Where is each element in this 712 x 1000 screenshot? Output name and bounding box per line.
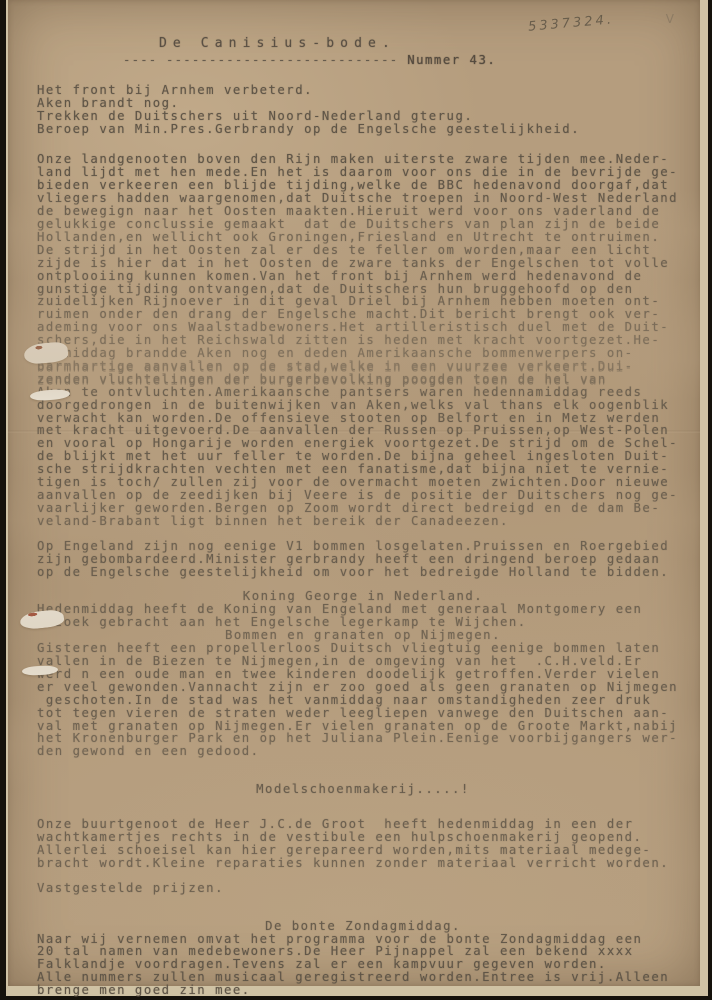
- article-heading: De bonte Zondagmiddag.: [37, 920, 689, 933]
- text-line: Het front bij Arnhem verbeterd.: [37, 84, 689, 97]
- article: De bonte Zondagmiddag.Naar wij vernemen …: [37, 920, 689, 997]
- text-line: zenden vluchtelingen der burgerbevolking…: [37, 373, 689, 386]
- text-line: wachtkamertjes rechts in de vestibule ee…: [37, 831, 689, 844]
- masthead: De Canisius-bode. ---- -----------------…: [37, 38, 689, 67]
- text-line: den gewond en een gedood.: [37, 745, 689, 758]
- text-line: gelukkige conclussie gemaakt dat de Duit…: [37, 218, 689, 231]
- text-line: barmhartige aanvallen op de stad,welke i…: [37, 360, 689, 373]
- article-heading: Modelschoenmakerij.....!: [37, 783, 689, 796]
- text-line: werd n een oude man en twee kinderen doo…: [37, 668, 689, 681]
- dashed-rule: ---- ---------------------------: [123, 53, 398, 67]
- text-column: De Canisius-bode. ---- -----------------…: [37, 0, 689, 997]
- issue-number: Nummer 43.: [398, 53, 496, 67]
- text-line: veland-Brabant ligt binnen het bereik de…: [37, 515, 689, 528]
- text-line: aanvallen op de zeedijken bij Veere is d…: [37, 489, 689, 502]
- article: Koning George in Nederland.Hedenmiddag h…: [37, 590, 689, 629]
- text-line: ontplooiing kunnen komen.Van het front b…: [37, 270, 689, 283]
- text-line: geschoten.In de stad was het vanmiddag n…: [37, 694, 689, 707]
- text-line: zijde is hier dat in het Oosten de zware…: [37, 257, 689, 270]
- text-line: Op Engeland zijn nog eenige V1 bommen lo…: [37, 540, 689, 553]
- masthead-rule-row: ---- --------------------------- Nummer …: [123, 54, 689, 67]
- text-line: Vastgestelde prijzen.: [37, 882, 689, 895]
- text-line: Aken brandt nog.: [37, 97, 689, 110]
- text-line: Trekken de Duitschers uit Noord-Nederlan…: [37, 110, 689, 123]
- text-line: tot tegen vieren de straten weder leegli…: [37, 707, 689, 720]
- text-line: bracht wordt.Kleine reparaties kunnen zo…: [37, 857, 689, 870]
- text-line: doorgedrongen in de buitenwijken van Ake…: [37, 399, 689, 412]
- headline-list: Het front bij Arnhem verbeterd.Aken bran…: [37, 84, 689, 136]
- article: Onze landgenooten boven den Rijn maken u…: [37, 153, 689, 527]
- text-line: denmiddag brandde Aken nog en deden Amer…: [37, 347, 689, 360]
- text-line: op de Engelsche geestelijkheid om voor h…: [37, 566, 689, 579]
- article: Bommen en granaten op Nijmegen.Gisteren …: [37, 629, 689, 758]
- text-line: Aken te ontvluchten.Amerikaansche pantse…: [37, 386, 689, 399]
- text-line: Beroep van Min.Pres.Gerbrandy op de Enge…: [37, 123, 689, 136]
- text-line: Allerlei schoeisel kan hier gerepareerd …: [37, 844, 689, 857]
- text-line: De strijd in het Oosten zal er des te fe…: [37, 244, 689, 257]
- text-line: vallen in de Biezen te Nijmegen,in de om…: [37, 655, 689, 668]
- article: Op Engeland zijn nog eenige V1 bommen lo…: [37, 540, 689, 579]
- article: Modelschoenmakerij.....!Onze buurtgenoot…: [37, 783, 689, 870]
- text-line: Hollanden,en wellicht ook Groningen,Frie…: [37, 231, 689, 244]
- article-body: Onze landgenooten boven den Rijn maken u…: [37, 153, 689, 997]
- newsletter-title: De Canisius-bode.: [159, 38, 689, 51]
- text-line: zijn gebombardeerd.Minister gerbrandy he…: [37, 553, 689, 566]
- text-line: er veel gewonden.Vannacht zijn er zoo go…: [37, 681, 689, 694]
- text-line: vaarlijker geworden.Bergen op Zoom wordt…: [37, 502, 689, 515]
- text-line: brenge men goed zin mee.: [37, 984, 689, 997]
- article: Vastgestelde prijzen.: [37, 882, 689, 895]
- document-page: 5337324. V De Canisius-bode. ---- ------…: [8, 0, 700, 986]
